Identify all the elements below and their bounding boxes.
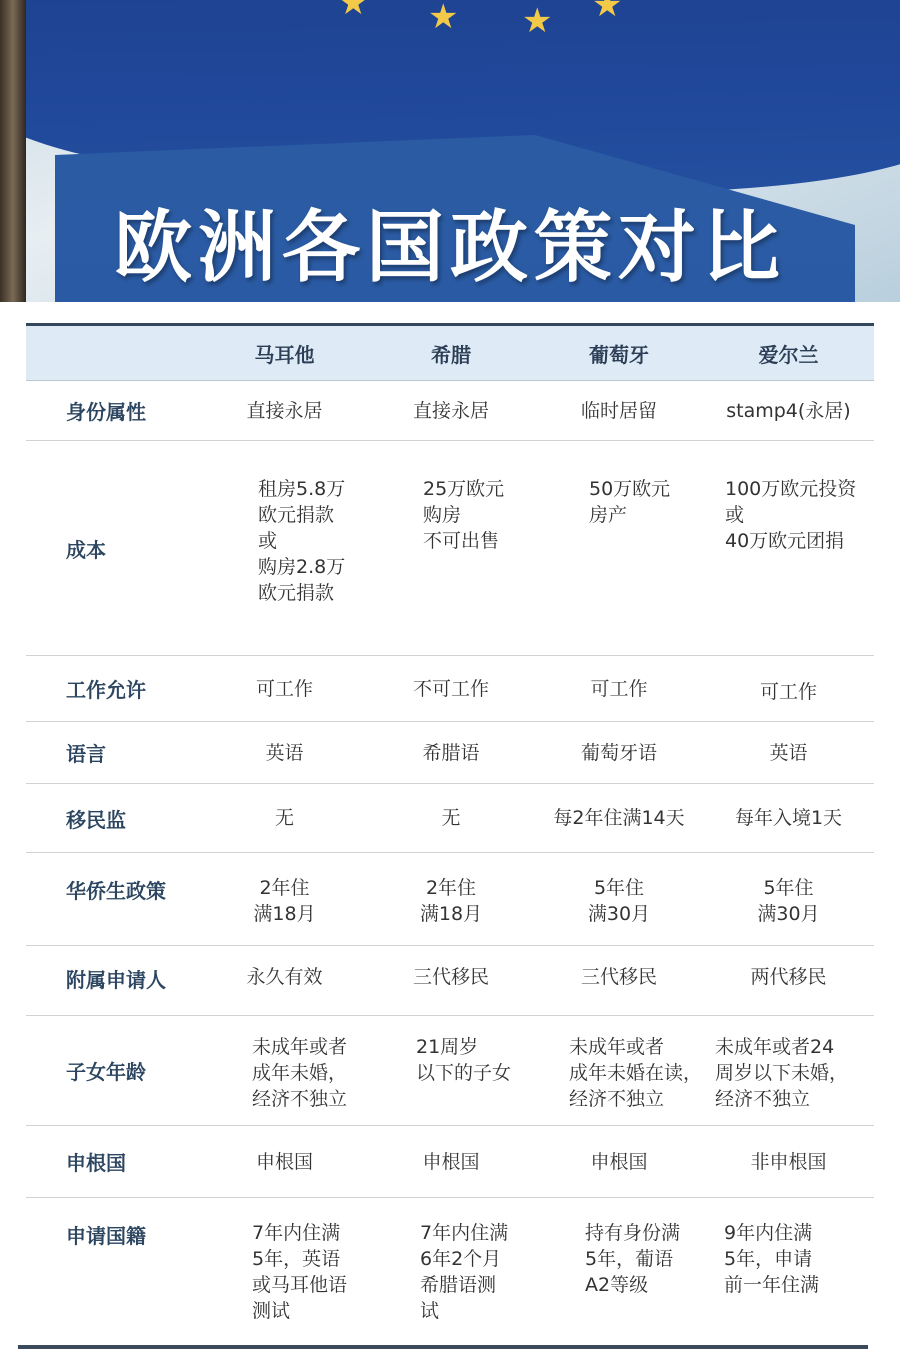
row-label: 工作允许 [26,674,202,703]
table-row: 工作允许 可工作 不可工作 可工作 可工作 [26,656,874,722]
table-cell: 永久有效 [202,964,367,990]
table-row: 申根国 申根国 申根国 申根国 非申根国 [26,1126,874,1198]
header-ireland: 爱尔兰 [703,339,874,368]
star-icon: ★ [428,0,458,34]
table-cell: 两代移民 [703,964,874,990]
table-row: 成本 租房5.8万 欧元捐款 或 购房2.8万 欧元捐款 25万欧元 购房 不可… [26,441,874,656]
table-row: 申请国籍 7年内住满 5年，英语 或马耳他语 测试 7年内住满 6年2个月 希腊… [26,1198,874,1338]
page-title: 欧洲各国政策对比 [0,185,900,297]
header-greece: 希腊 [367,339,535,368]
table-cell: 每2年住满14天 [535,805,703,831]
row-label: 子女年龄 [26,1056,202,1085]
table-row: 移民监 无 无 每2年住满14天 每年入境1天 [26,784,874,853]
table-cell: 可工作 [703,679,874,705]
table-cell: 25万欧元 购房 不可出售 [367,476,535,554]
table-cell: 非申根国 [703,1149,874,1175]
table-row: 身份属性 直接永居 直接永居 临时居留 stamp4(永居) [26,381,874,441]
table-cell: 未成年或者 成年未婚， 经济不独立 [202,1034,367,1112]
table-cell: 2年住 满18月 [202,875,367,927]
table-cell: 三代移民 [367,964,535,990]
table-cell: 每年入境1天 [703,805,874,831]
header-malta: 马耳他 [202,339,367,368]
table-cell: 无 [367,805,535,831]
table-row: 子女年龄 未成年或者 成年未婚， 经济不独立 21周岁 以下的子女 未成年或者 … [26,1016,874,1126]
table-row: 华侨生政策 2年住 满18月 2年住 满18月 5年住 满30月 5年住 满30… [26,853,874,946]
table-cell: 直接永居 [202,398,367,424]
table-cell: 申根国 [202,1149,367,1175]
table-cell: 50万欧元 房产 [535,476,703,528]
table-cell: 21周岁 以下的子女 [367,1034,535,1086]
table-cell: 持有身份满 5年，葡语 A2等级 [535,1220,703,1298]
table-cell: 可工作 [202,676,367,702]
row-label: 身份属性 [26,396,202,425]
star-icon: ★ [592,0,622,22]
table-cell: 希腊语 [367,740,535,766]
table-cell: 不可工作 [367,676,535,702]
table-row: 语言 英语 希腊语 葡萄牙语 英语 [26,722,874,784]
table-cell: 临时居留 [535,398,703,424]
star-icon: ★ [338,0,368,20]
table-cell: 可工作 [535,676,703,702]
row-label: 移民监 [26,804,202,833]
row-label: 附属申请人 [26,964,202,993]
bottom-divider [18,1345,868,1349]
comparison-table: 马耳他 希腊 葡萄牙 爱尔兰 身份属性 直接永居 直接永居 临时居留 stamp… [26,323,874,1338]
table-cell: 5年住 满30月 [703,875,874,927]
row-label: 华侨生政策 [26,875,202,904]
table-cell: 7年内住满 6年2个月 希腊语测 试 [367,1220,535,1324]
table-cell: 7年内住满 5年，英语 或马耳他语 测试 [202,1220,367,1324]
table-cell: 2年住 满18月 [367,875,535,927]
table-cell: 英语 [703,740,874,766]
table-cell: 未成年或者24 周岁以下未婚， 经济不独立 [703,1034,874,1112]
header-banner: ★ ★ ★ ★ 欧洲各国政策对比 [0,0,900,302]
row-label: 成本 [26,534,202,563]
table-row: 附属申请人 永久有效 三代移民 三代移民 两代移民 [26,946,874,1016]
table-cell: 9年内住满 5年，申请 前一年住满 [703,1220,874,1298]
table-cell: 5年住 满30月 [535,875,703,927]
row-label: 申请国籍 [26,1220,202,1249]
table-cell: 无 [202,805,367,831]
table-cell: 申根国 [367,1149,535,1175]
header-portugal: 葡萄牙 [535,339,703,368]
table-cell: 申根国 [535,1149,703,1175]
table-cell: 葡萄牙语 [535,740,703,766]
table-cell: 未成年或者 成年未婚在读， 经济不独立 [535,1034,703,1112]
table-cell: 英语 [202,740,367,766]
row-label: 语言 [26,738,202,767]
row-label: 申根国 [26,1147,202,1176]
table-cell: 租房5.8万 欧元捐款 或 购房2.8万 欧元捐款 [202,476,367,606]
table-header: 马耳他 希腊 葡萄牙 爱尔兰 [26,323,874,381]
table-cell: 100万欧元投资 或 40万欧元团捐 [703,476,874,554]
star-icon: ★ [522,4,552,38]
table-cell: 三代移民 [535,964,703,990]
table-cell: 直接永居 [367,398,535,424]
table-cell: stamp4(永居) [703,398,874,424]
